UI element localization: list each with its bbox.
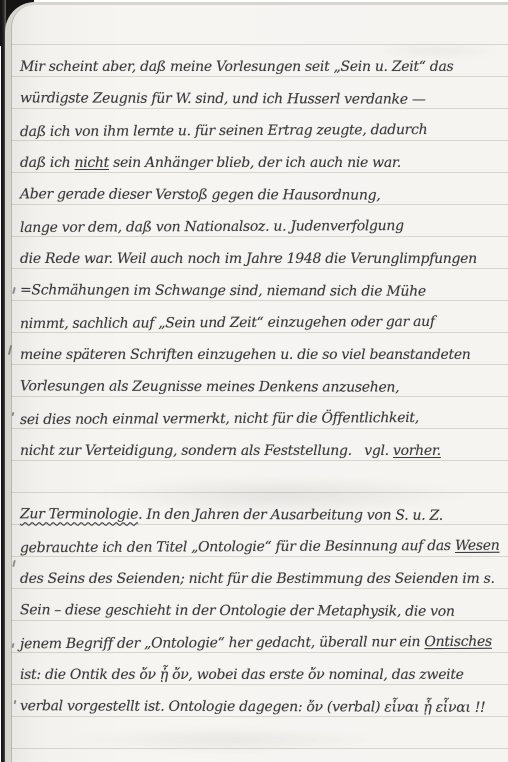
handwriting-line: Mir scheint aber, daß meine Vorlesungen …	[20, 59, 453, 75]
underlined-word: Wesen	[455, 538, 500, 554]
handwriting-segment: Sein – diese geschieht in der Ontologie …	[20, 602, 455, 620]
underlined-word: Ontisches	[424, 634, 492, 650]
handwriting-segment: meine späteren Schriften einzugehen u. d…	[20, 347, 471, 363]
handwriting-line: daß ich nicht sein Anhänger blieb, der i…	[20, 155, 401, 171]
handwriting-segment: würdigste Zeugnis für W. sind, und ich H…	[20, 90, 426, 107]
handwriting-segment: nimmt, sachlich auf „Sein und Zeit“ einz…	[20, 314, 435, 332]
handwriting-line: lange vor dem, daß von Nationalsoz. u. J…	[20, 218, 404, 236]
underlined-word: vorher.	[393, 443, 441, 459]
handwriting-line: Vorlesungen als Zeugnisse meines Denkens…	[20, 378, 399, 395]
handwriting-segment: . In den Jahren der Ausarbeitung von S. …	[138, 507, 443, 524]
notebook-paper: Mir scheint aber, daß meine Vorlesungen …	[11, 5, 508, 762]
handwriting-line: jenem Begriff der „Ontologie“ her gedach…	[20, 634, 492, 652]
handwriting-segment: ist: die Ontik des ὄν ᾗ ὄν, wobei das er…	[20, 667, 464, 683]
handwriting-segment: jenem Begriff der „Ontologie“ her gedach…	[20, 634, 424, 652]
handwriting-segment: Aber gerade dieser Verstoß gegen die Hau…	[20, 186, 380, 203]
handwriting-line: Aber gerade dieser Verstoß gegen die Hau…	[20, 186, 380, 203]
handwriting-segment: sein Anhänger blieb, der ich auch nie wa…	[109, 155, 401, 171]
handwriting-line: meine späteren Schriften einzugehen u. d…	[20, 347, 471, 363]
handwriting-line: nimmt, sachlich auf „Sein und Zeit“ einz…	[20, 314, 435, 332]
handwriting-segment: des Seins des Seienden; nicht für die Be…	[20, 571, 495, 587]
handwriting-line: sei dies noch einmal vermerkt, nicht für…	[20, 410, 419, 428]
handwriting-line: gebrauchte ich den Titel „Ontologie“ für…	[20, 538, 500, 557]
underlined-word: Zur Terminologie	[20, 506, 138, 522]
handwriting-segment: daß ich von ihm lernte u. für seinen Ert…	[20, 122, 427, 140]
handwriting-segment: nicht zur Verteidigung, sondern als Fest…	[20, 443, 393, 459]
handwriting-line: nicht zur Verteidigung, sondern als Fest…	[20, 443, 441, 459]
handwriting-line: würdigste Zeugnis für W. sind, und ich H…	[20, 90, 426, 107]
handwriting-segment: sei dies noch einmal vermerkt, nicht für…	[20, 410, 419, 428]
handwriting-segment: verbal vorgestellt ist. Ontologie dagege…	[20, 698, 485, 716]
handwriting-line: des Seins des Seienden; nicht für die Be…	[20, 571, 495, 587]
handwriting-line: ist: die Ontik des ὄν ᾗ ὄν, wobei das er…	[20, 667, 464, 683]
handwriting-line: verbal vorgestellt ist. Ontologie dagege…	[20, 698, 485, 716]
handwriting-line: Sein – diese geschieht in der Ontologie …	[20, 602, 455, 620]
handwriting-line: daß ich von ihm lernte u. für seinen Ert…	[20, 122, 427, 140]
handwriting-segment: gebrauchte ich den Titel „Ontologie“ für…	[20, 538, 455, 556]
handwriting-segment: daß ich	[20, 155, 75, 171]
handwriting-segment: Mir scheint aber, daß meine Vorlesungen …	[20, 59, 453, 75]
underlined-word: nicht	[75, 155, 109, 171]
handwriting-segment: Vorlesungen als Zeugnisse meines Denkens…	[20, 378, 399, 395]
handwriting-segment: lange vor dem, daß von Nationalsoz. u. J…	[20, 218, 404, 236]
handwriting-line: Zur Terminologie. In den Jahren der Ausa…	[20, 506, 443, 523]
handwriting-segment: =Schmähungen im Schwange sind, niemand s…	[20, 282, 426, 299]
handwriting-block: Mir scheint aber, daß meine Vorlesungen …	[11, 5, 508, 762]
handwriting-segment: die Rede war. Weil auch noch im Jahre 19…	[20, 251, 477, 267]
manuscript-scan: Mir scheint aber, daß meine Vorlesungen …	[0, 0, 508, 762]
handwriting-line: =Schmähungen im Schwange sind, niemand s…	[20, 282, 426, 299]
handwriting-line: die Rede war. Weil auch noch im Jahre 19…	[20, 251, 477, 267]
